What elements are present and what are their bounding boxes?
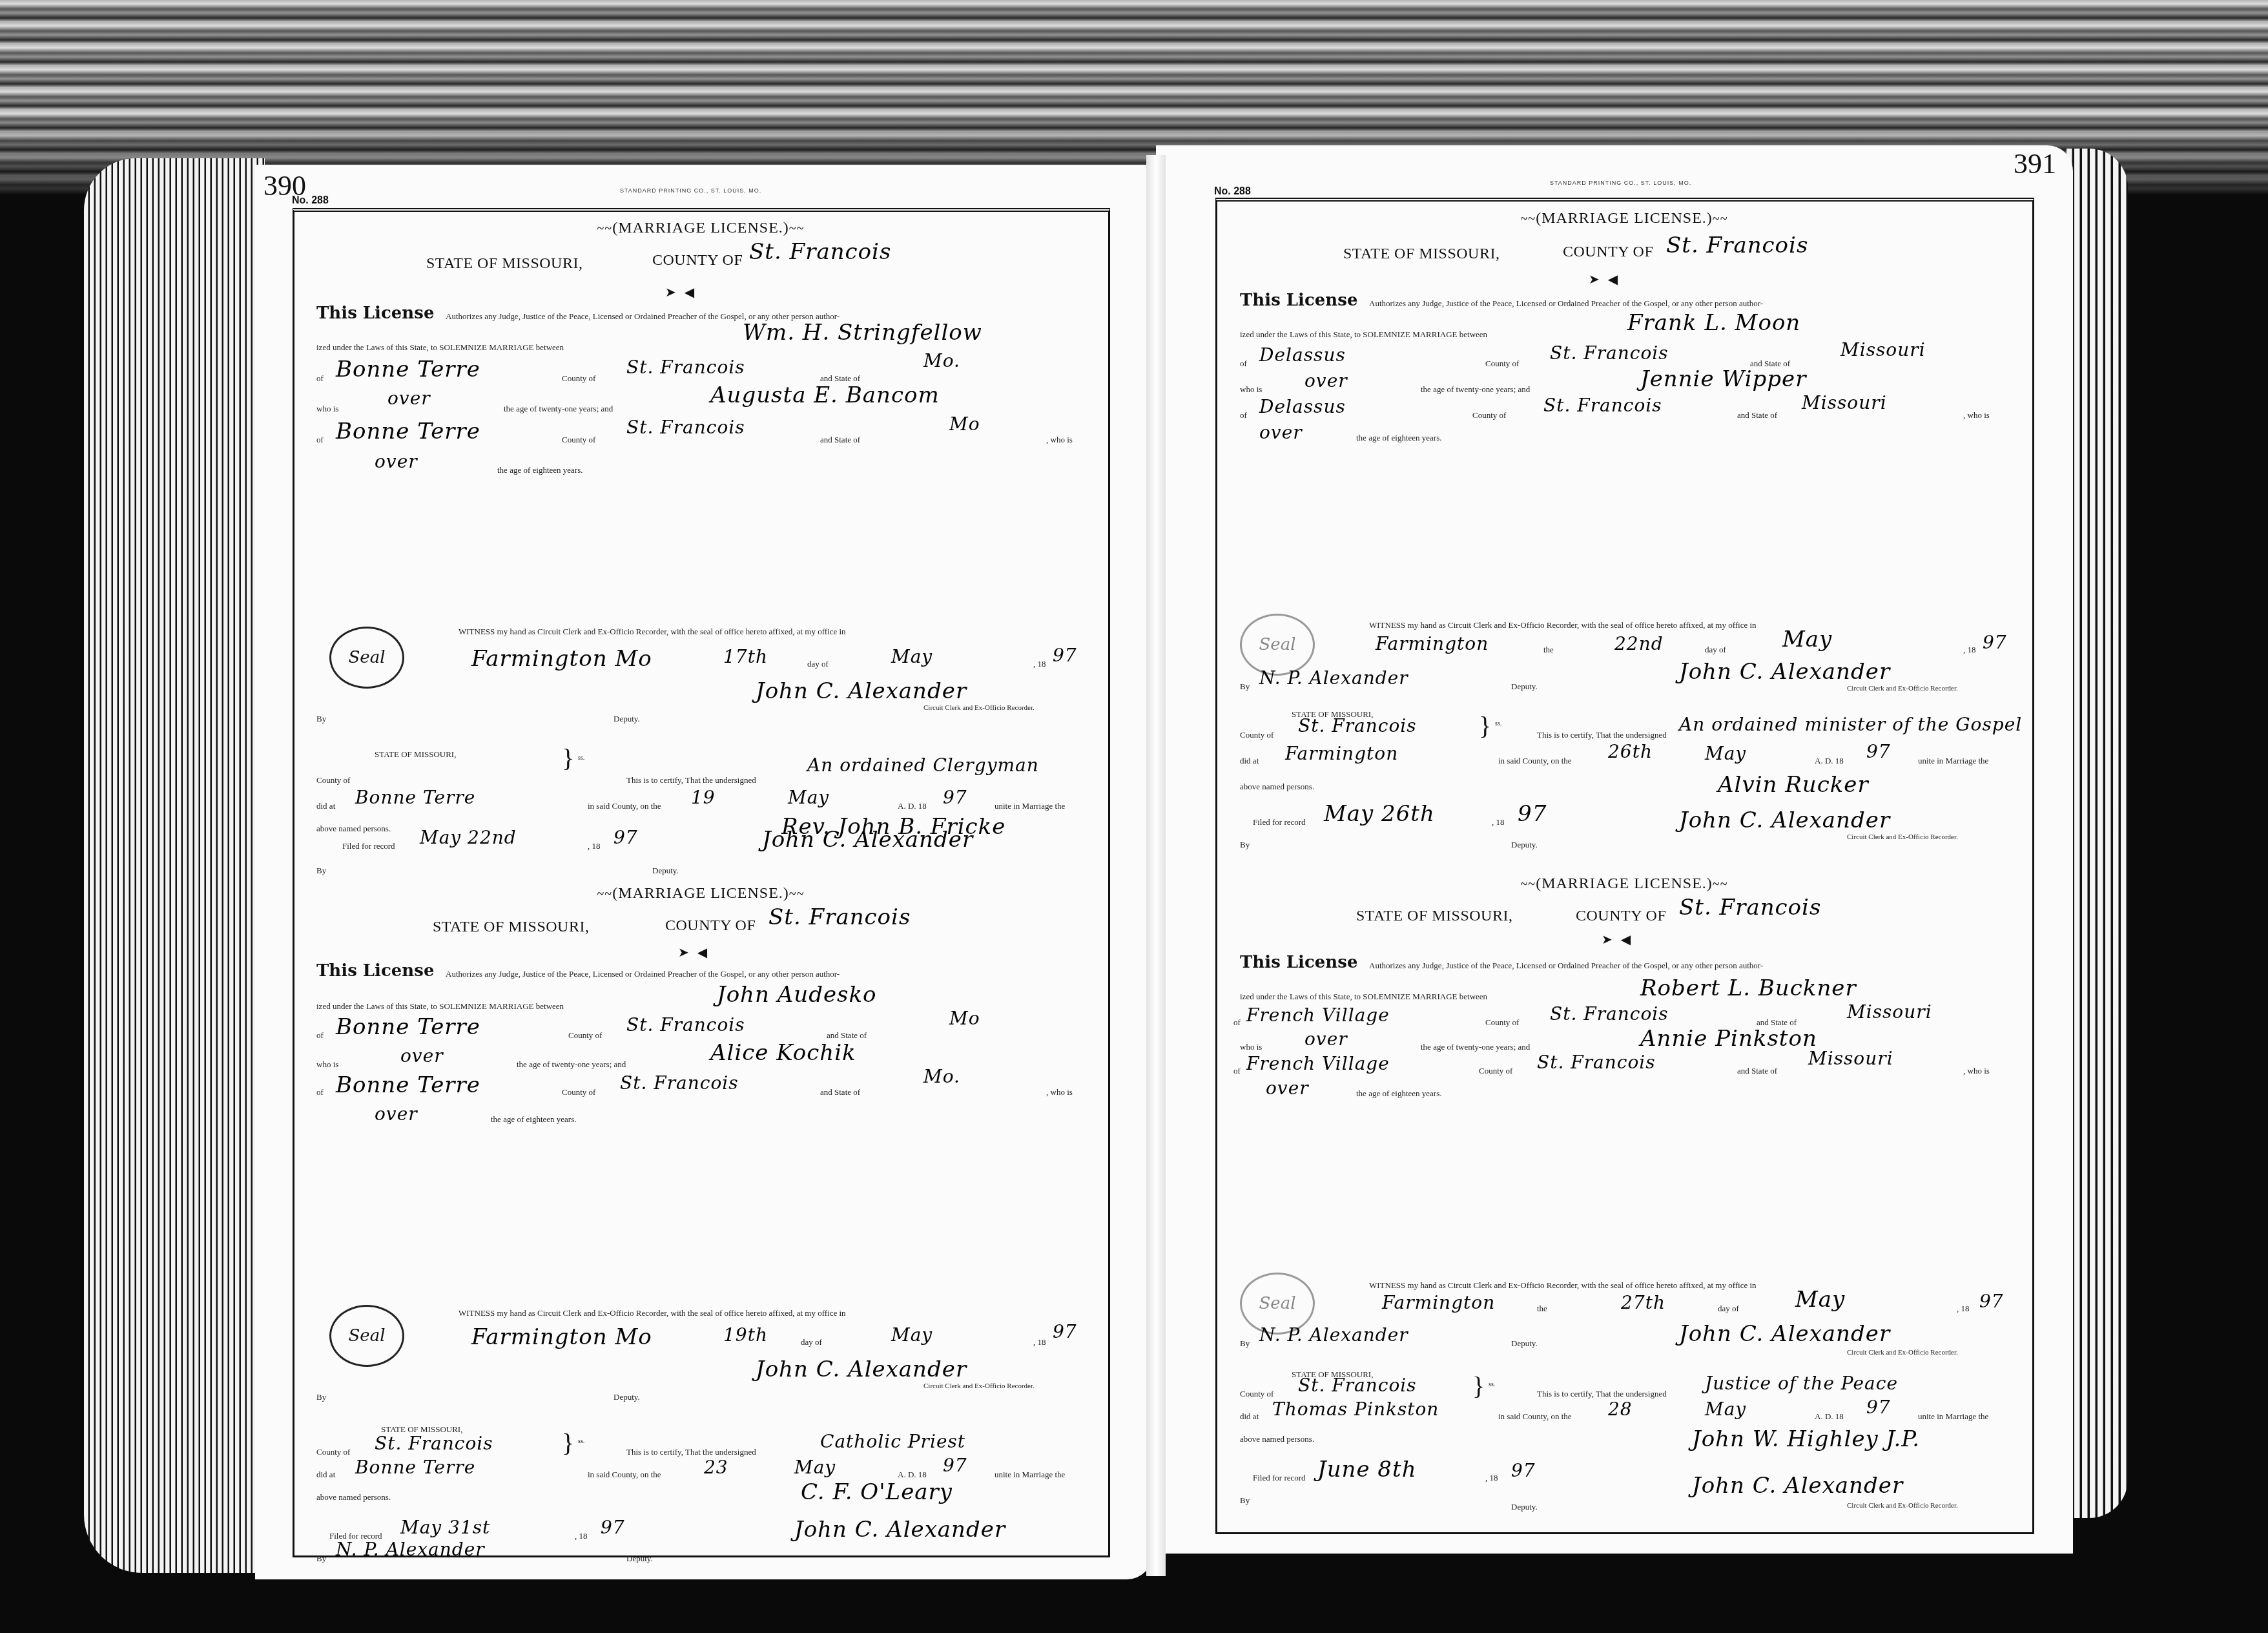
who-is-label: who is: [1240, 1042, 1262, 1052]
authorizes-text: Authorizes any Judge, Justice of the Pea…: [446, 969, 840, 979]
age-21-text: the age of twenty-one years; and: [517, 1059, 626, 1070]
ceremony-month: May: [1705, 1399, 1746, 1420]
of-label: of: [316, 435, 324, 445]
cert-bracket: }: [562, 1428, 574, 1458]
ss-label: ss.: [1489, 1381, 1495, 1388]
ornament-arrows: ➤ ◀: [1589, 271, 1620, 287]
groom-state: Mo: [949, 1008, 980, 1029]
bride-residence: French Village: [1246, 1053, 1390, 1074]
cert-county-label: County of: [1240, 730, 1273, 740]
filed-date: May 26th: [1324, 801, 1435, 827]
authorizes-text: Authorizes any Judge, Justice of the Pea…: [1369, 298, 1763, 309]
witness-year: 97: [1053, 1321, 1077, 1342]
above-named-text: above named persons.: [316, 824, 391, 834]
filed-date: May 22nd: [420, 827, 517, 848]
did-at-label: did at: [316, 801, 335, 811]
year-prefix: , 18: [1957, 1304, 1970, 1314]
clerk-signature: John C. Alexander: [1679, 659, 1890, 685]
filed-year: 97: [601, 1517, 625, 1538]
bride-county: St. Francois: [620, 1072, 739, 1094]
of-label: of: [316, 373, 324, 384]
ad-label: A. D. 18: [898, 1470, 927, 1480]
cert-county-value: St. Francois: [1298, 715, 1417, 736]
witness-year: 97: [1983, 632, 2007, 653]
who-is-label: who is: [316, 404, 338, 414]
of-label: of: [316, 1087, 324, 1097]
age-18-text: the age of eighteen years.: [1356, 1088, 1441, 1099]
clerk-caption: Circuit Clerk and Ex-Officio Recorder.: [1847, 685, 1958, 692]
the-label: the: [1543, 645, 1554, 655]
clerk-caption: Circuit Clerk and Ex-Officio Recorder.: [923, 704, 1035, 712]
unite-text: unite in Marriage the: [995, 801, 1065, 811]
witness-text: WITNESS my hand as Circuit Clerk and Ex-…: [459, 1308, 846, 1318]
of-label: of: [316, 1030, 324, 1041]
filed-date: May 31st: [400, 1517, 490, 1538]
cert-county-value: St. Francois: [375, 1433, 493, 1454]
deputy-label: Deputy.: [1511, 1502, 1538, 1512]
day-of-label: day of: [807, 659, 829, 669]
ceremony-month: May: [794, 1457, 836, 1478]
groom-name: Robert L. Buckner: [1640, 975, 1857, 1001]
cert-bracket: }: [562, 743, 574, 773]
bride-name: Augusta E. Bancom: [710, 382, 940, 408]
groom-age: over: [387, 388, 431, 409]
ss-label: ss.: [578, 754, 584, 762]
age-21-text: the age of twenty-one years; and: [504, 404, 613, 414]
solemnize-text: ized under the Laws of this State, to SO…: [1240, 992, 1487, 1002]
by-label: By: [1240, 1338, 1250, 1349]
by-label: By: [1240, 840, 1250, 850]
filed-clerk-signature: John C. Alexander: [762, 827, 973, 853]
of-label: of: [1233, 1066, 1241, 1076]
day-of-label: day of: [801, 1337, 822, 1347]
bride-age: over: [1259, 422, 1303, 443]
bride-name: Jennie Wipper: [1640, 366, 1806, 392]
ceremony-place: Farmington: [1285, 743, 1398, 764]
certify-text: This is to certify, That the undersigned: [1537, 1389, 1667, 1399]
bride-county: St. Francois: [1537, 1052, 1656, 1073]
above-named-text: above named persons.: [316, 1492, 391, 1503]
county-value: St. Francois: [1666, 233, 1808, 258]
groom-age: over: [400, 1045, 444, 1066]
bride-residence: Delassus: [1259, 396, 1346, 417]
officiant-title: An ordained minister of the Gospel: [1679, 714, 2022, 735]
this-license-heading: This License: [1240, 291, 1357, 310]
groom-county: St. Francois: [1550, 1003, 1669, 1025]
marriage-license-right-bottom: ~~(MARRIAGE LICENSE.)~~ STATE OF MISSOUR…: [1227, 872, 2021, 1544]
county-of-label: County of: [562, 1087, 595, 1097]
bride-county: St. Francois: [1543, 395, 1662, 416]
deputy-label: Deputy.: [1511, 681, 1538, 692]
bride-county: St. Francois: [626, 417, 745, 438]
county-label: COUNTY OF: [1563, 244, 1653, 261]
did-at-label: did at: [1240, 756, 1259, 766]
ornament-arrows: ➤ ◀: [678, 944, 710, 961]
deputy-name: N. P. Alexander: [1259, 667, 1408, 689]
state-label: STATE OF MISSOURI,: [426, 255, 582, 273]
ceremony-month: May: [788, 787, 829, 808]
and-state-of-label: and State of: [1737, 410, 1777, 421]
right-printer-line: STANDARD PRINTING CO., ST. LOUIS, MO.: [1550, 180, 1691, 186]
groom-residence: Delassus: [1259, 344, 1346, 366]
license-title: ~~(MARRIAGE LICENSE.)~~: [304, 885, 1098, 902]
groom-state: Missouri: [1840, 339, 1926, 360]
filed-label: Filed for record: [1253, 1473, 1306, 1483]
ornament-arrows: ➤ ◀: [1602, 931, 1633, 948]
groom-state: Mo.: [923, 350, 960, 371]
clerk-caption: Circuit Clerk and Ex-Officio Recorder.: [923, 1382, 1035, 1390]
county-of-label: County of: [568, 1030, 602, 1041]
witness-day: 27th: [1621, 1292, 1665, 1313]
and-state-of-label: and State of: [827, 1030, 867, 1041]
bride-state: Mo: [949, 413, 980, 435]
cert-bracket: }: [1479, 711, 1491, 741]
above-named-text: above named persons.: [1240, 782, 1314, 792]
who-is-label: who is: [316, 1059, 338, 1070]
ceremony-year: 97: [943, 1455, 967, 1476]
ceremony-year: 97: [1866, 741, 1891, 762]
clerk-signature: John C. Alexander: [1679, 1321, 1890, 1347]
bride-name: Alice Kochik: [710, 1040, 856, 1066]
ad-label: A. D. 18: [1815, 756, 1844, 766]
by-label: By: [316, 866, 326, 876]
officiant-title: An ordained Clergyman: [807, 754, 1039, 776]
officiant-title: Justice of the Peace: [1705, 1373, 1898, 1394]
groom-name: John Audesko: [717, 982, 877, 1008]
bride-age: over: [375, 1103, 418, 1125]
book-page-edges-right: [2067, 149, 2128, 1518]
county-of-label: County of: [1479, 1066, 1512, 1076]
witness-day: 17th: [723, 646, 768, 667]
ceremony-day: 28: [1608, 1399, 1633, 1420]
the-label: the: [1537, 1304, 1547, 1314]
unite-text: unite in Marriage the: [995, 1470, 1065, 1480]
license-title: ~~(MARRIAGE LICENSE.)~~: [1227, 875, 2021, 893]
county-value: St. Francois: [768, 904, 911, 930]
year-prefix: , 18: [588, 841, 601, 851]
filed-clerk-signature: John C. Alexander: [794, 1517, 1005, 1543]
and-state-of-label: and State of: [820, 1087, 860, 1097]
seal-mark: Seal: [329, 627, 404, 689]
cert-bracket: }: [1472, 1371, 1485, 1401]
county-of-label: County of: [1472, 410, 1506, 421]
ceremony-place: Bonne Terre: [355, 787, 475, 808]
by-label: By: [316, 1554, 326, 1564]
deputy-label: Deputy.: [652, 866, 679, 876]
witness-day: 22nd: [1614, 633, 1664, 654]
groom-residence: Bonne Terre: [336, 1014, 480, 1040]
clerk-caption: Circuit Clerk and Ex-Officio Recorder.: [1847, 1349, 1958, 1357]
witness-year: 97: [1979, 1291, 2004, 1312]
day-of-label: day of: [1705, 645, 1726, 655]
witness-text: WITNESS my hand as Circuit Clerk and Ex-…: [1369, 1280, 1757, 1291]
groom-residence: French Village: [1246, 1004, 1390, 1026]
groom-name: Frank L. Moon: [1627, 310, 1800, 336]
age-21-text: the age of twenty-one years; and: [1421, 384, 1530, 395]
in-said-county-text: in said County, on the: [588, 801, 661, 811]
bride-age: over: [1266, 1077, 1309, 1099]
who-is-suffix: , who is: [1046, 1087, 1073, 1097]
groom-county: St. Francois: [1550, 342, 1669, 364]
book-gutter: [1146, 155, 1166, 1576]
witness-text: WITNESS my hand as Circuit Clerk and Ex-…: [459, 627, 846, 637]
deputy-name: N. P. Alexander: [1259, 1324, 1408, 1346]
cert-county-value: St. Francois: [1298, 1375, 1417, 1396]
deputy-label: Deputy.: [1511, 1338, 1538, 1349]
by-label: By: [316, 714, 326, 724]
ceremony-month: May: [1705, 743, 1746, 764]
of-label: of: [1233, 1017, 1241, 1028]
groom-age: over: [1304, 370, 1348, 391]
clerk-caption: Circuit Clerk and Ex-Officio Recorder.: [1847, 1502, 1958, 1510]
witness-place: Farmington Mo: [471, 1324, 652, 1350]
this-license-heading: This License: [316, 961, 434, 981]
witness-month: May: [1782, 627, 1832, 652]
book-page-edges-left: [84, 158, 265, 1573]
marriage-license-left-top: ~~(MARRIAGE LICENSE.)~~ STATE OF MISSOUR…: [304, 213, 1098, 859]
bride-state: Missouri: [1808, 1048, 1893, 1069]
witness-year: 97: [1053, 645, 1077, 666]
who-is-suffix: , who is: [1046, 435, 1073, 445]
and-state-of-label: and State of: [1737, 1066, 1777, 1076]
deputy-label: Deputy.: [613, 1392, 640, 1402]
age-18-text: the age of eighteen years.: [1356, 433, 1441, 443]
clerk-signature: John C. Alexander: [756, 1357, 967, 1382]
deputy-label: Deputy.: [626, 1554, 653, 1564]
bride-residence: Bonne Terre: [336, 1072, 480, 1098]
by-label: By: [316, 1392, 326, 1402]
groom-county: St. Francois: [626, 357, 745, 378]
officiant-signature: C. F. O'Leary: [801, 1479, 953, 1505]
deputy-label: Deputy.: [1511, 840, 1538, 850]
by-label: By: [1240, 1495, 1250, 1506]
filed-clerk-signature: John C. Alexander: [1679, 807, 1890, 833]
solemnize-text: ized under the Laws of this State, to SO…: [316, 342, 564, 353]
witness-place: Farmington: [1376, 633, 1489, 654]
right-form-number: No. 288: [1214, 186, 1251, 198]
year-prefix: , 18: [575, 1531, 588, 1541]
certify-text: This is to certify, That the undersigned: [626, 775, 756, 785]
filed-year: 97: [1518, 801, 1547, 827]
ceremony-year: 97: [943, 787, 967, 808]
in-said-county-text: in said County, on the: [588, 1470, 661, 1480]
witness-day: 19th: [723, 1324, 768, 1346]
bride-residence: Bonne Terre: [336, 419, 480, 444]
bride-age: over: [375, 451, 418, 472]
unite-text: unite in Marriage the: [1918, 1411, 1988, 1422]
officiant-signature: Alvin Rucker: [1718, 772, 1869, 798]
state-label: STATE OF MISSOURI,: [1343, 245, 1500, 263]
ad-label: A. D. 18: [898, 801, 927, 811]
in-said-county-text: in said County, on the: [1498, 756, 1572, 766]
ad-label: A. D. 18: [1815, 1411, 1844, 1422]
year-prefix: , 18: [1485, 1473, 1498, 1483]
groom-name: Wm. H. Stringfellow: [743, 320, 982, 346]
ceremony-year: 97: [1866, 1397, 1891, 1418]
witness-text: WITNESS my hand as Circuit Clerk and Ex-…: [1369, 620, 1757, 630]
cert-state-label: STATE OF MISSOURI,: [375, 749, 456, 760]
county-value: St. Francois: [749, 239, 891, 265]
year-prefix: , 18: [1033, 1337, 1046, 1347]
filing-left-top: Filed for record May 22nd , 18 97 John C…: [304, 833, 1098, 879]
ceremony-day: 19: [691, 787, 716, 808]
of-label: of: [1240, 359, 1247, 369]
this-license-heading: This License: [1240, 953, 1357, 972]
year-prefix: , 18: [1492, 817, 1505, 827]
filed-clerk-signature: John C. Alexander: [1692, 1473, 1903, 1499]
clerk-caption: Circuit Clerk and Ex-Officio Recorder.: [1847, 833, 1958, 841]
right-page-number: 391: [2014, 147, 2056, 180]
who-is-suffix: , who is: [1963, 410, 1990, 421]
witness-month: May: [891, 646, 933, 667]
groom-residence: Bonne Terre: [336, 357, 480, 382]
of-label: of: [1240, 410, 1247, 421]
county-of-label: County of: [562, 373, 595, 384]
filed-date: June 8th: [1317, 1457, 1417, 1482]
witness-month: May: [891, 1324, 933, 1346]
ceremony-day: 26th: [1608, 741, 1653, 762]
this-license-heading: This License: [316, 304, 434, 323]
age-18-text: the age of eighteen years.: [497, 465, 582, 475]
filed-deputy: N. P. Alexander: [336, 1539, 485, 1560]
cert-county-label: County of: [1240, 1389, 1273, 1399]
marriage-license-left-bottom: ~~(MARRIAGE LICENSE.)~~ STATE OF MISSOUR…: [304, 885, 1098, 1570]
by-label: By: [1240, 681, 1250, 692]
ornament-arrows: ➤ ◀: [665, 284, 697, 300]
clerk-signature: John C. Alexander: [756, 678, 967, 704]
did-at-label: did at: [316, 1470, 335, 1480]
cert-county-label: County of: [316, 775, 350, 785]
cert-county-label: County of: [316, 1447, 350, 1457]
county-value: St. Francois: [1679, 895, 1821, 921]
bride-name: Annie Pinkston: [1640, 1026, 1817, 1052]
did-at-label: did at: [1240, 1411, 1259, 1422]
license-title: ~~(MARRIAGE LICENSE.)~~: [1227, 210, 2021, 227]
filed-year: 97: [1511, 1460, 1536, 1481]
county-of-label: County of: [562, 435, 595, 445]
certify-text: This is to certify, That the undersigned: [1537, 730, 1667, 740]
filed-label: Filed for record: [342, 841, 395, 851]
in-said-county-text: in said County, on the: [1498, 1411, 1572, 1422]
left-form-number: No. 288: [292, 195, 329, 207]
day-of-label: day of: [1718, 1304, 1739, 1314]
age-21-text: the age of twenty-one years; and: [1421, 1042, 1530, 1052]
county-label: COUNTY OF: [1576, 908, 1666, 925]
ceremony-day: 23: [704, 1457, 728, 1478]
county-of-label: County of: [1485, 359, 1519, 369]
filed-label: Filed for record: [1253, 817, 1306, 827]
witness-month: May: [1795, 1287, 1845, 1313]
ceremony-place: Bonne Terre: [355, 1457, 475, 1478]
county-of-label: County of: [1485, 1017, 1519, 1028]
marriage-license-right-top: ~~(MARRIAGE LICENSE.)~~ STATE OF MISSOUR…: [1227, 203, 2021, 849]
filed-year: 97: [613, 827, 638, 848]
groom-state: Missouri: [1847, 1001, 1932, 1023]
state-label: STATE OF MISSOURI,: [1356, 908, 1512, 925]
groom-age: over: [1304, 1028, 1348, 1050]
above-named-text: above named persons.: [1240, 1434, 1314, 1444]
state-label: STATE OF MISSOURI,: [433, 919, 589, 936]
license-title: ~~(MARRIAGE LICENSE.)~~: [304, 220, 1098, 237]
seal-mark: Seal: [329, 1305, 404, 1367]
year-prefix: , 18: [1033, 659, 1046, 669]
groom-county: St. Francois: [626, 1014, 745, 1035]
age-18-text: the age of eighteen years.: [491, 1114, 576, 1125]
solemnize-text: ized under the Laws of this State, to SO…: [1240, 329, 1487, 340]
solemnize-text: ized under the Laws of this State, to SO…: [316, 1001, 564, 1012]
ss-label: ss.: [578, 1438, 584, 1445]
certify-text: This is to certify, That the undersigned: [626, 1447, 756, 1457]
officiant-signature: John W. Highley J.P.: [1692, 1426, 1920, 1452]
witness-place: Farmington Mo: [471, 646, 652, 672]
who-is-suffix: , who is: [1963, 1066, 1990, 1076]
bride-state: Mo.: [923, 1066, 960, 1087]
bride-state: Missouri: [1802, 392, 1887, 413]
year-prefix: , 18: [1963, 645, 1976, 655]
witness-place: Farmington: [1382, 1292, 1495, 1313]
left-printer-line: STANDARD PRINTING CO., ST. LOUIS, MO.: [620, 187, 761, 194]
authorizes-text: Authorizes any Judge, Justice of the Pea…: [1369, 961, 1763, 971]
and-state-of-label: and State of: [820, 435, 860, 445]
county-label: COUNTY OF: [665, 917, 756, 935]
unite-text: unite in Marriage the: [1918, 756, 1988, 766]
deputy-label: Deputy.: [613, 714, 640, 724]
seal-mark: Seal: [1240, 614, 1315, 676]
officiant-title: Catholic Priest: [820, 1431, 965, 1452]
county-label: COUNTY OF: [652, 252, 743, 269]
who-is-label: who is: [1240, 384, 1262, 395]
ceremony-place: Thomas Pinkston: [1272, 1399, 1439, 1420]
ss-label: ss.: [1495, 720, 1501, 727]
